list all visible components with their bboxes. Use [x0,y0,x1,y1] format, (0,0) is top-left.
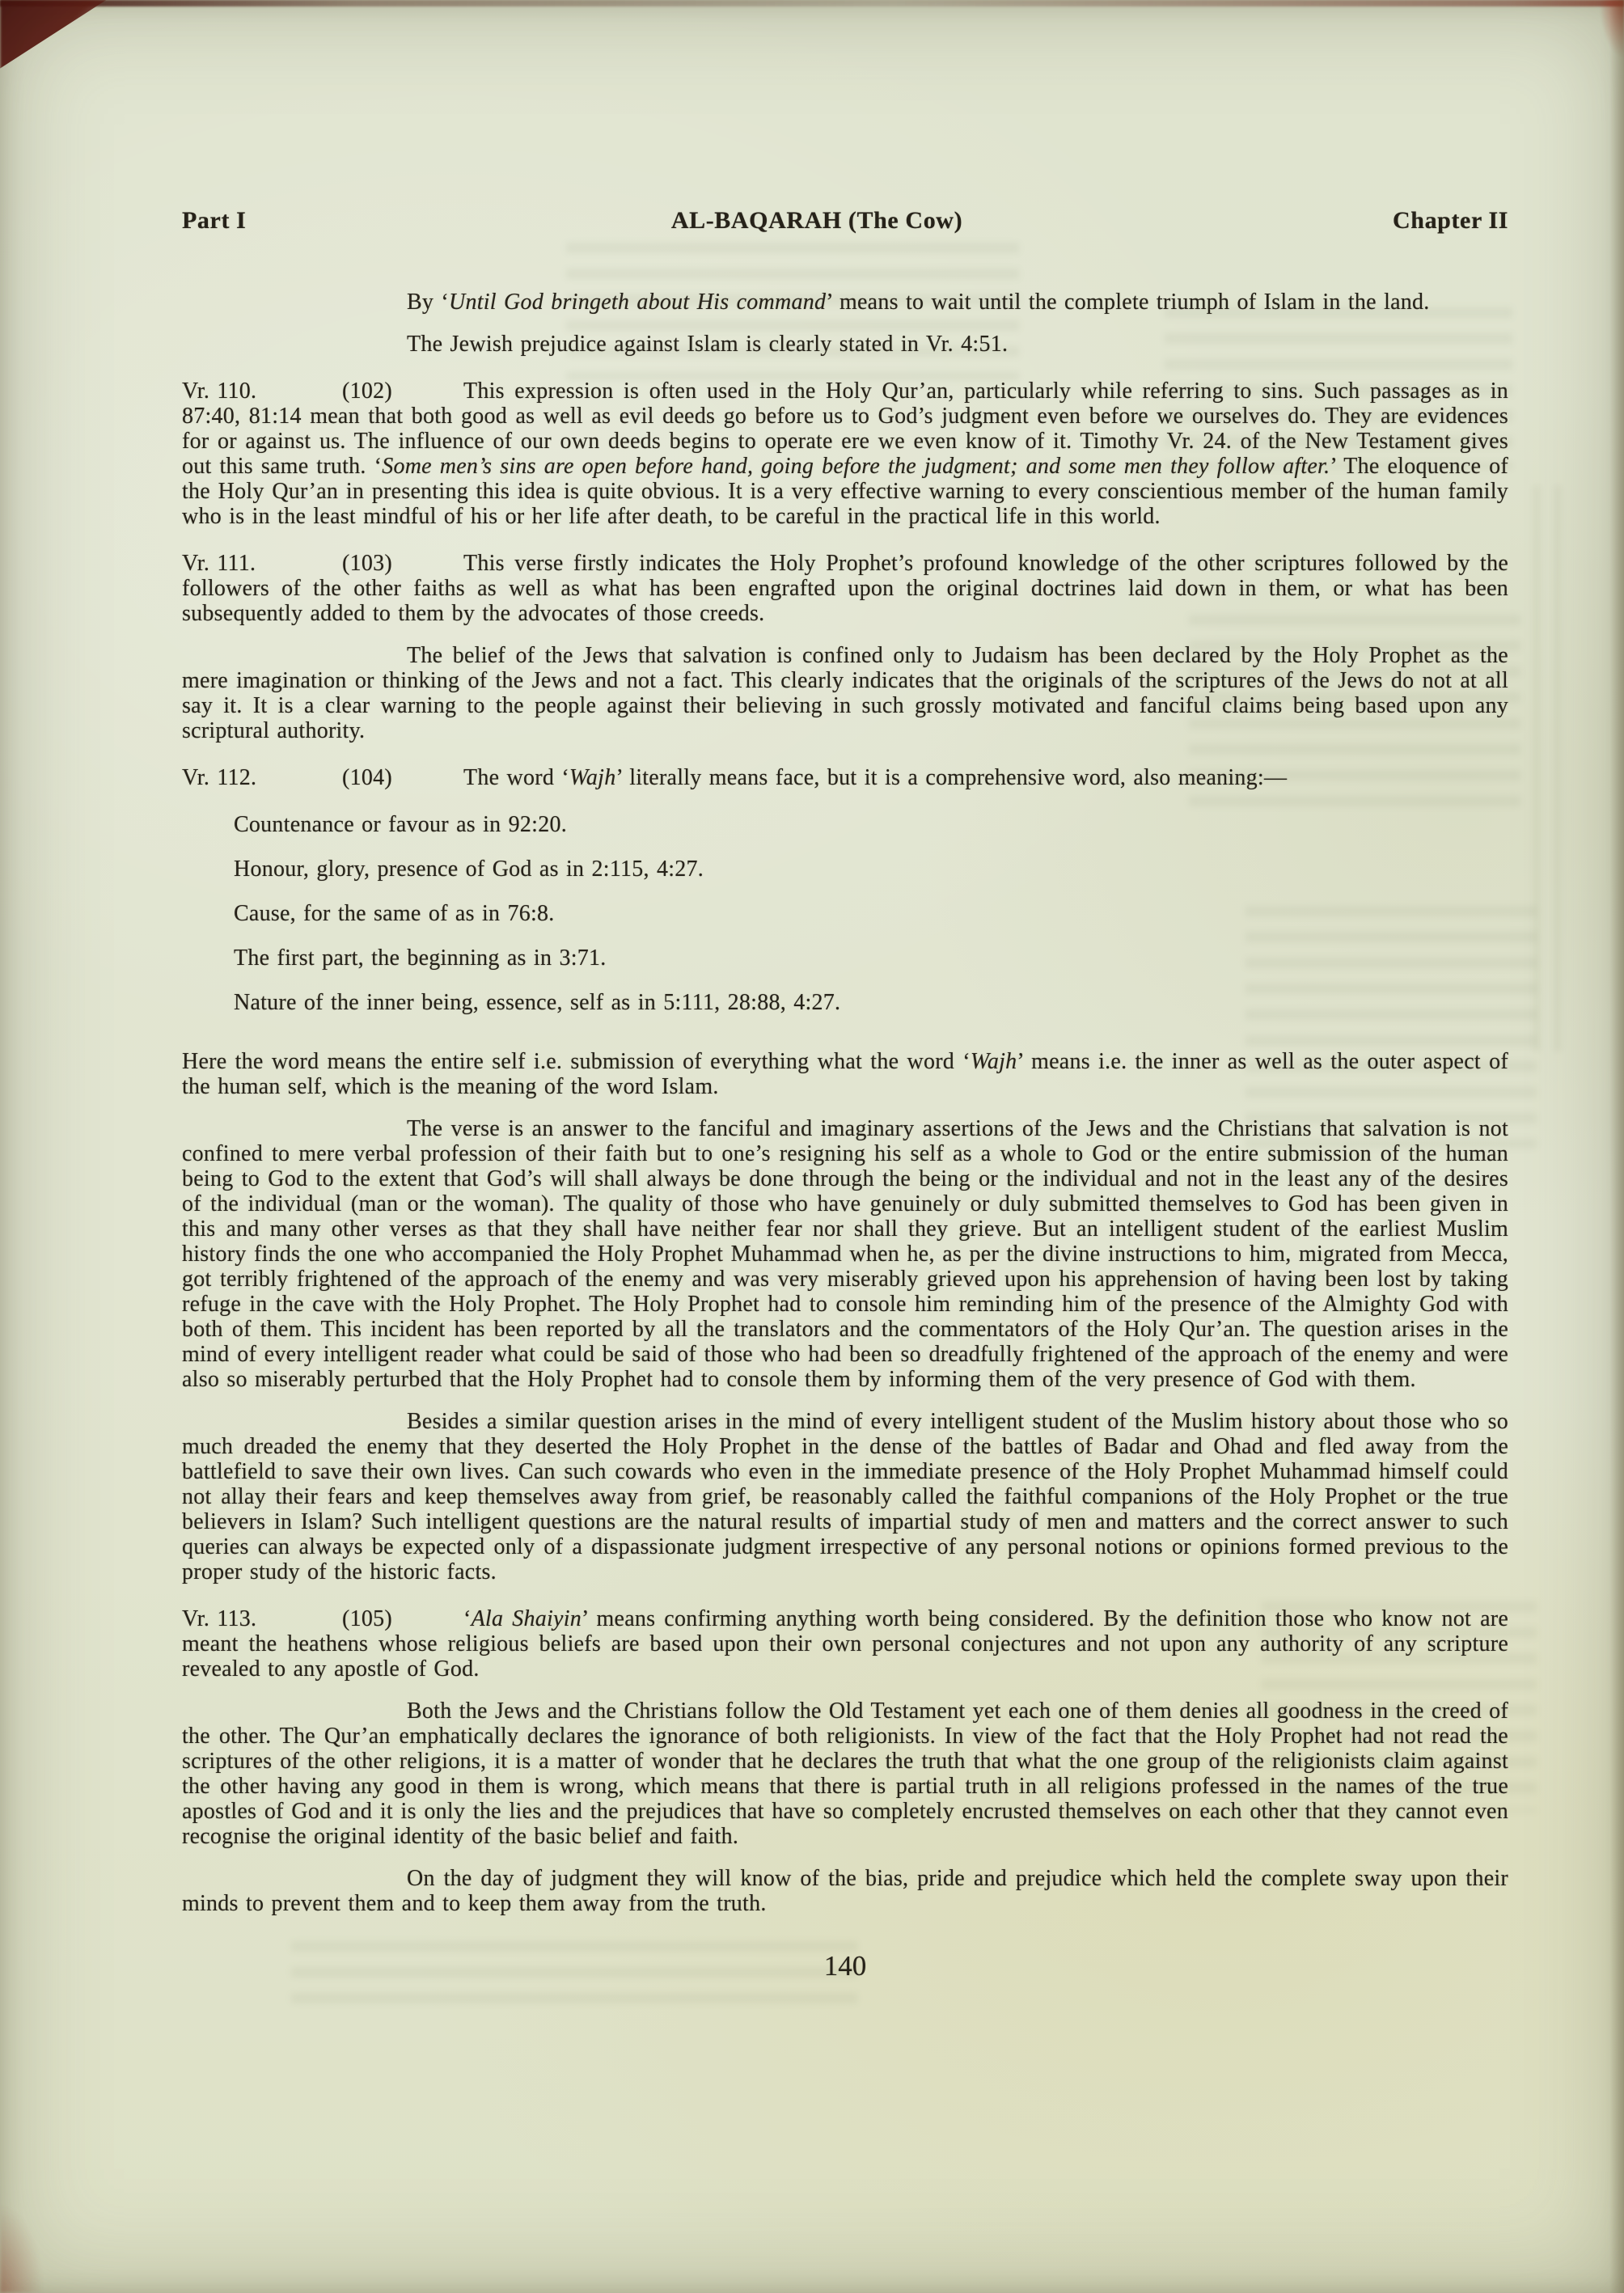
list-item: Countenance or favour as in 92:20. [234,812,1508,837]
list-item: The first part, the beginning as in 3:71… [234,946,1508,971]
verse-number: (103) [342,551,463,576]
list-item: Cause, for the same of as in 76:8. [234,901,1508,926]
page-number: 140 [182,1950,1508,1982]
body-paragraph: The Jewish prejudice against Islam is cl… [182,332,1508,357]
body-paragraph: By ‘Until God bringeth about His command… [182,290,1508,315]
header-chapter-label: Chapter II [1393,207,1508,235]
page-body: By ‘Until God bringeth about His command… [182,290,1508,1916]
verse-label: Vr. 112. [182,765,342,790]
verse-label: Vr. 111. [182,551,342,576]
text-run: The verse is an answer to the fanciful a… [182,1116,1508,1392]
italic-run: Until God bringeth about His command [449,290,826,315]
text-run: Both the Jews and the Christians follow … [182,1699,1508,1849]
scan-edge-shadow-right [1609,0,1624,2293]
italic-run: Wajh [971,1049,1017,1074]
text-run: On the day of judgment they will know of… [182,1866,1508,1916]
header-surah-title: AL-BAQARAH (The Cow) [182,207,1452,235]
text-column: Part I AL-BAQARAH (The Cow) Chapter II B… [182,207,1508,1982]
body-paragraph: Both the Jews and the Christians follow … [182,1699,1508,1849]
list-item: Honour, glory, presence of God as in 2:1… [234,857,1508,882]
text-run: ’ means to wait until the complete trium… [826,290,1429,315]
verse-number: (102) [342,379,463,404]
text-run: By ‘ [407,290,449,315]
verse-number: (104) [342,765,463,790]
text-run: The belief of the Jews that salvation is… [182,643,1508,743]
book-page: Part I AL-BAQARAH (The Cow) Chapter II B… [0,0,1624,2293]
body-paragraph: The belief of the Jews that salvation is… [182,643,1508,743]
text-run: The Jewish prejudice against Islam is cl… [407,332,1008,357]
verse-paragraph: Vr. 112.(104)The word ‘Wajh’ literally m… [182,765,1508,790]
body-paragraph: Here the word means the entire self i.e.… [182,1049,1508,1099]
text-run: The word ‘ [463,765,569,790]
verse-label: Vr. 113. [182,1606,342,1631]
text-run: Here the word means the entire self i.e.… [182,1049,971,1074]
scan-edge-shadow-top [0,0,1624,6]
italic-run: Ala Shaiyin [472,1606,582,1631]
margin-scribble-mark [1533,485,1573,1051]
verse-paragraph: Vr. 110.(102)This expression is often us… [182,379,1508,529]
meaning-list: Countenance or favour as in 92:20.Honour… [182,812,1508,1015]
running-header: Part I AL-BAQARAH (The Cow) Chapter II [182,207,1508,239]
scan-corner-stain-bottom-left [0,2204,44,2293]
text-run: ‘ [463,1606,472,1631]
body-paragraph: On the day of judgment they will know of… [182,1866,1508,1916]
verse-number: (105) [342,1606,463,1631]
list-item: Nature of the inner being, essence, self… [234,990,1508,1015]
text-run: Besides a similar question arises in the… [182,1409,1508,1584]
verse-paragraph: Vr. 111.(103)This verse firstly indicate… [182,551,1508,626]
verse-label: Vr. 110. [182,379,342,404]
body-paragraph: Besides a similar question arises in the… [182,1409,1508,1584]
scan-corner-stain-top-left [0,0,129,74]
italic-run: Wajh [569,765,616,790]
text-run: ’ literally means face, but it is a comp… [615,765,1287,790]
italic-run: Some men’s sins are open before hand, go… [382,454,1330,479]
body-paragraph: The verse is an answer to the fanciful a… [182,1116,1508,1392]
verse-paragraph: Vr. 113.(105)‘Ala Shaiyin’ means confirm… [182,1606,1508,1682]
scan-corner-stain-top-right [1600,0,1624,57]
